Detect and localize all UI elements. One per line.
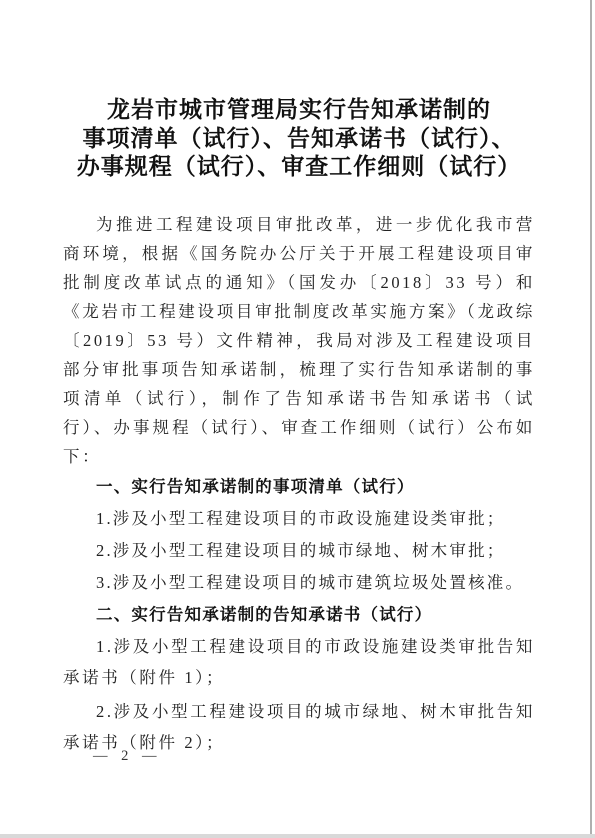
document-page: 龙岩市城市管理局实行告知承诺制的 事项清单（试行）、告知承诺书（试行）、 办事规… — [0, 0, 595, 838]
intro-paragraph: 为推进工程建设项目审批改革，进一步优化我市营商环境，根据《国务院办公厅关于开展工… — [63, 210, 535, 471]
scan-shadow-right-edge — [590, 0, 592, 838]
section1-heading: 一、实行告知承诺制的事项清单（试行） — [63, 471, 535, 503]
scan-shadow-bottom-edge — [0, 834, 595, 838]
section1-item-1: 1.涉及小型工程建设项目的市政设施建设类审批； — [63, 503, 535, 535]
section1-item-2: 2.涉及小型工程建设项目的城市绿地、树木审批； — [63, 535, 535, 567]
page-number: — 2 — — [93, 748, 162, 765]
section1-item-3: 3.涉及小型工程建设项目的城市建筑垃圾处置核准。 — [63, 567, 535, 599]
title-line-1: 龙岩市城市管理局实行告知承诺制的 — [63, 96, 535, 125]
title-line-3: 办事规程（试行）、审查工作细则（试行） — [63, 153, 535, 182]
section2-item-1: 1.涉及小型工程建设项目的市政设施建设类审批告知承诺书（附件 1）； — [63, 631, 535, 693]
title-line-2: 事项清单（试行）、告知承诺书（试行）、 — [63, 125, 535, 154]
document-content: 龙岩市城市管理局实行告知承诺制的 事项清单（试行）、告知承诺书（试行）、 办事规… — [63, 96, 535, 761]
section2-heading: 二、实行告知承诺制的告知承诺书（试行） — [63, 599, 535, 631]
document-title: 龙岩市城市管理局实行告知承诺制的 事项清单（试行）、告知承诺书（试行）、 办事规… — [63, 96, 535, 182]
